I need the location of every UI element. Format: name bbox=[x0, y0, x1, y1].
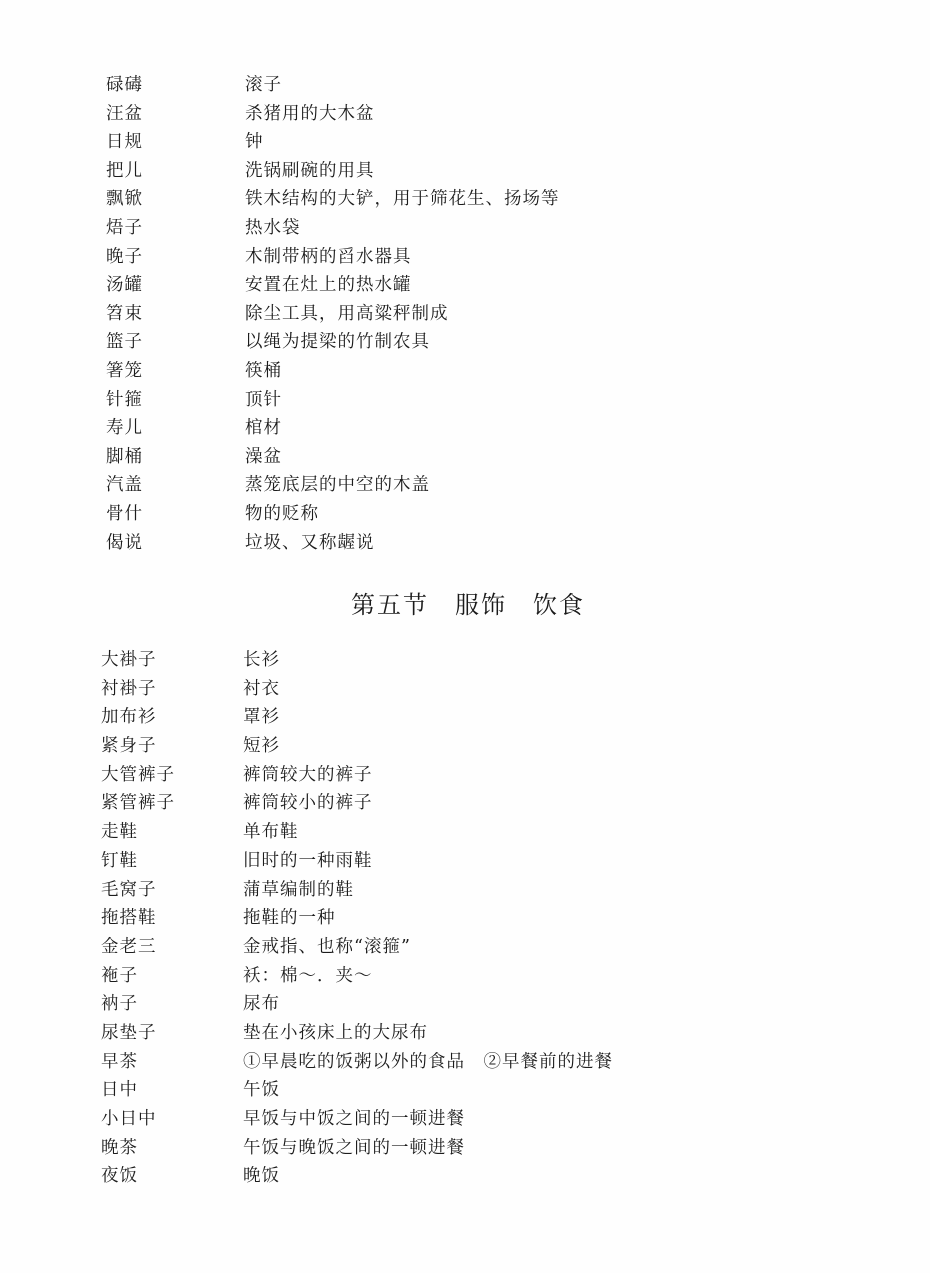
entry-definition: 澡盆 bbox=[245, 443, 282, 472]
entry-term: 大褂子 bbox=[101, 646, 157, 675]
glossary-entry: 寿儿棺材 bbox=[0, 414, 930, 443]
entry-term: 碌碡 bbox=[106, 71, 143, 100]
entry-term: 金老三 bbox=[101, 933, 157, 962]
entry-term: 早茶 bbox=[101, 1048, 138, 1077]
entry-term: 把儿 bbox=[106, 157, 143, 186]
glossary-entry: 衲子尿布 bbox=[0, 990, 930, 1019]
glossary-entry: 紧身子短衫 bbox=[0, 732, 930, 761]
entry-term: 夜饭 bbox=[101, 1162, 138, 1191]
entry-term: 走鞋 bbox=[101, 818, 138, 847]
entry-term: 晚子 bbox=[106, 243, 143, 272]
entry-definition: 罩衫 bbox=[243, 703, 280, 732]
glossary-entry: 飘锨铁木结构的大铲，用于筛花生、扬场等 bbox=[0, 185, 930, 214]
glossary-entry: 日规钟 bbox=[0, 128, 930, 157]
section-topic-clothing: 服饰 bbox=[455, 585, 507, 625]
glossary-household-items: 碌碡滚子 汪盆杀猪用的大木盆 日规钟 把儿洗锅刷碗的用具 飘锨铁木结构的大铲，用… bbox=[0, 71, 930, 557]
entry-definition: 袄：棉～．夹～ bbox=[243, 962, 373, 991]
glossary-entry: 笤束除尘工具，用高粱秤制成 bbox=[0, 300, 930, 329]
entry-term: 箸笼 bbox=[106, 357, 143, 386]
entry-definition: 杀猪用的大木盆 bbox=[245, 100, 375, 129]
entry-term: 偈说 bbox=[106, 529, 143, 558]
entry-term: 加布衫 bbox=[101, 703, 157, 732]
glossary-entry: 走鞋单布鞋 bbox=[0, 818, 930, 847]
entry-term: 篮子 bbox=[106, 328, 143, 357]
entry-definition: 衬衣 bbox=[243, 675, 280, 704]
glossary-entry: 晚茶午饭与晚饭之间的一顿进餐 bbox=[0, 1134, 930, 1163]
entry-term: 紧管裤子 bbox=[101, 789, 175, 818]
entry-term: 焐子 bbox=[106, 214, 143, 243]
entry-term: 小日中 bbox=[101, 1105, 157, 1134]
entry-term: 汤罐 bbox=[106, 271, 143, 300]
entry-definition: 热水袋 bbox=[245, 214, 301, 243]
glossary-entry: 紧管裤子裤筒较小的裤子 bbox=[0, 789, 930, 818]
entry-definition: 拖鞋的一种 bbox=[243, 904, 336, 933]
entry-definition: 尿布 bbox=[243, 990, 280, 1019]
glossary-entry: 骨什物的贬称 bbox=[0, 500, 930, 529]
entry-term: 袘子 bbox=[101, 962, 138, 991]
entry-definition: 午饭与晚饭之间的一顿进餐 bbox=[243, 1134, 465, 1163]
glossary-entry: 小日中早饭与中饭之间的一顿进餐 bbox=[0, 1105, 930, 1134]
glossary-entry: 晚子木制带柄的舀水器具 bbox=[0, 243, 930, 272]
entry-definition: 滚子 bbox=[245, 71, 282, 100]
entry-term: 汽盖 bbox=[106, 471, 143, 500]
entry-term: 飘锨 bbox=[106, 185, 143, 214]
entry-term: 笤束 bbox=[106, 300, 143, 329]
entry-term: 脚桶 bbox=[106, 443, 143, 472]
glossary-entry: 大褂子长衫 bbox=[0, 646, 930, 675]
glossary-entry: 篮子以绳为提梁的竹制农具 bbox=[0, 328, 930, 357]
section-topic-food: 饮食 bbox=[533, 585, 585, 625]
glossary-entry: 脚桶澡盆 bbox=[0, 443, 930, 472]
glossary-entry: 毛窝子蒲草编制的鞋 bbox=[0, 876, 930, 905]
glossary-entry: 加布衫罩衫 bbox=[0, 703, 930, 732]
entry-term: 衲子 bbox=[101, 990, 138, 1019]
entry-definition: 午饭 bbox=[243, 1076, 280, 1105]
entry-definition: 垫在小孩床上的大尿布 bbox=[243, 1019, 428, 1048]
glossary-entry: 尿垫子垫在小孩床上的大尿布 bbox=[0, 1019, 930, 1048]
glossary-entry: 碌碡滚子 bbox=[0, 71, 930, 100]
entry-term: 尿垫子 bbox=[101, 1019, 157, 1048]
entry-definition: 物的贬称 bbox=[245, 500, 319, 529]
glossary-entry: 针箍顶针 bbox=[0, 386, 930, 415]
section-heading: 第五节服饰饮食 bbox=[0, 585, 930, 625]
entry-definition: ①早晨吃的饭粥以外的食品 ②早餐前的进餐 bbox=[243, 1048, 613, 1077]
entry-term: 晚茶 bbox=[101, 1134, 138, 1163]
entry-definition: 垃圾、又称龌说 bbox=[245, 529, 375, 558]
entry-term: 拖搭鞋 bbox=[101, 904, 157, 933]
entry-term: 日规 bbox=[106, 128, 143, 157]
glossary-entry: 金老三金戒指、也称“滚箍” bbox=[0, 933, 930, 962]
glossary-entry: 汪盆杀猪用的大木盆 bbox=[0, 100, 930, 129]
entry-definition: 长衫 bbox=[243, 646, 280, 675]
entry-term: 针箍 bbox=[106, 386, 143, 415]
section-number: 第五节 bbox=[351, 585, 429, 625]
entry-definition: 顶针 bbox=[245, 386, 282, 415]
glossary-entry: 钉鞋旧时的一种雨鞋 bbox=[0, 847, 930, 876]
glossary-entry: 夜饭晚饭 bbox=[0, 1162, 930, 1191]
entry-definition: 裤筒较小的裤子 bbox=[243, 789, 373, 818]
glossary-entry: 早茶①早晨吃的饭粥以外的食品 ②早餐前的进餐 bbox=[0, 1048, 930, 1077]
entry-definition: 晚饭 bbox=[243, 1162, 280, 1191]
glossary-clothing-food: 大褂子长衫 衬褂子衬衣 加布衫罩衫 紧身子短衫 大管裤子裤筒较大的裤子 紧管裤子… bbox=[0, 646, 930, 1191]
entry-definition: 蒸笼底层的中空的木盖 bbox=[245, 471, 430, 500]
glossary-entry: 箸笼筷桶 bbox=[0, 357, 930, 386]
glossary-entry: 大管裤子裤筒较大的裤子 bbox=[0, 761, 930, 790]
entry-term: 骨什 bbox=[106, 500, 143, 529]
entry-definition: 洗锅刷碗的用具 bbox=[245, 157, 375, 186]
glossary-entry: 日中午饭 bbox=[0, 1076, 930, 1105]
entry-definition: 裤筒较大的裤子 bbox=[243, 761, 373, 790]
entry-definition: 除尘工具，用高粱秤制成 bbox=[245, 300, 449, 329]
entry-definition: 旧时的一种雨鞋 bbox=[243, 847, 373, 876]
glossary-entry: 袘子袄：棉～．夹～ bbox=[0, 962, 930, 991]
entry-definition: 钟 bbox=[245, 128, 264, 157]
entry-definition: 金戒指、也称“滚箍” bbox=[243, 933, 411, 962]
entry-definition: 短衫 bbox=[243, 732, 280, 761]
glossary-entry: 衬褂子衬衣 bbox=[0, 675, 930, 704]
glossary-entry: 拖搭鞋拖鞋的一种 bbox=[0, 904, 930, 933]
entry-definition: 棺材 bbox=[245, 414, 282, 443]
entry-term: 大管裤子 bbox=[101, 761, 175, 790]
entry-term: 钉鞋 bbox=[101, 847, 138, 876]
glossary-entry: 偈说垃圾、又称龌说 bbox=[0, 529, 930, 558]
entry-definition: 以绳为提梁的竹制农具 bbox=[245, 328, 430, 357]
glossary-entry: 汤罐安置在灶上的热水罐 bbox=[0, 271, 930, 300]
entry-definition: 蒲草编制的鞋 bbox=[243, 876, 354, 905]
entry-term: 衬褂子 bbox=[101, 675, 157, 704]
entry-definition: 安置在灶上的热水罐 bbox=[245, 271, 412, 300]
entry-term: 日中 bbox=[101, 1076, 138, 1105]
entry-term: 汪盆 bbox=[106, 100, 143, 129]
entry-definition: 铁木结构的大铲，用于筛花生、扬场等 bbox=[245, 185, 560, 214]
entry-definition: 木制带柄的舀水器具 bbox=[245, 243, 412, 272]
document-page: 碌碡滚子 汪盆杀猪用的大木盆 日规钟 把儿洗锅刷碗的用具 飘锨铁木结构的大铲，用… bbox=[0, 0, 930, 1273]
entry-definition: 筷桶 bbox=[245, 357, 282, 386]
glossary-entry: 把儿洗锅刷碗的用具 bbox=[0, 157, 930, 186]
entry-term: 紧身子 bbox=[101, 732, 157, 761]
glossary-entry: 焐子热水袋 bbox=[0, 214, 930, 243]
entry-term: 毛窝子 bbox=[101, 876, 157, 905]
entry-definition: 单布鞋 bbox=[243, 818, 299, 847]
entry-definition: 早饭与中饭之间的一顿进餐 bbox=[243, 1105, 465, 1134]
glossary-entry: 汽盖蒸笼底层的中空的木盖 bbox=[0, 471, 930, 500]
entry-term: 寿儿 bbox=[106, 414, 143, 443]
